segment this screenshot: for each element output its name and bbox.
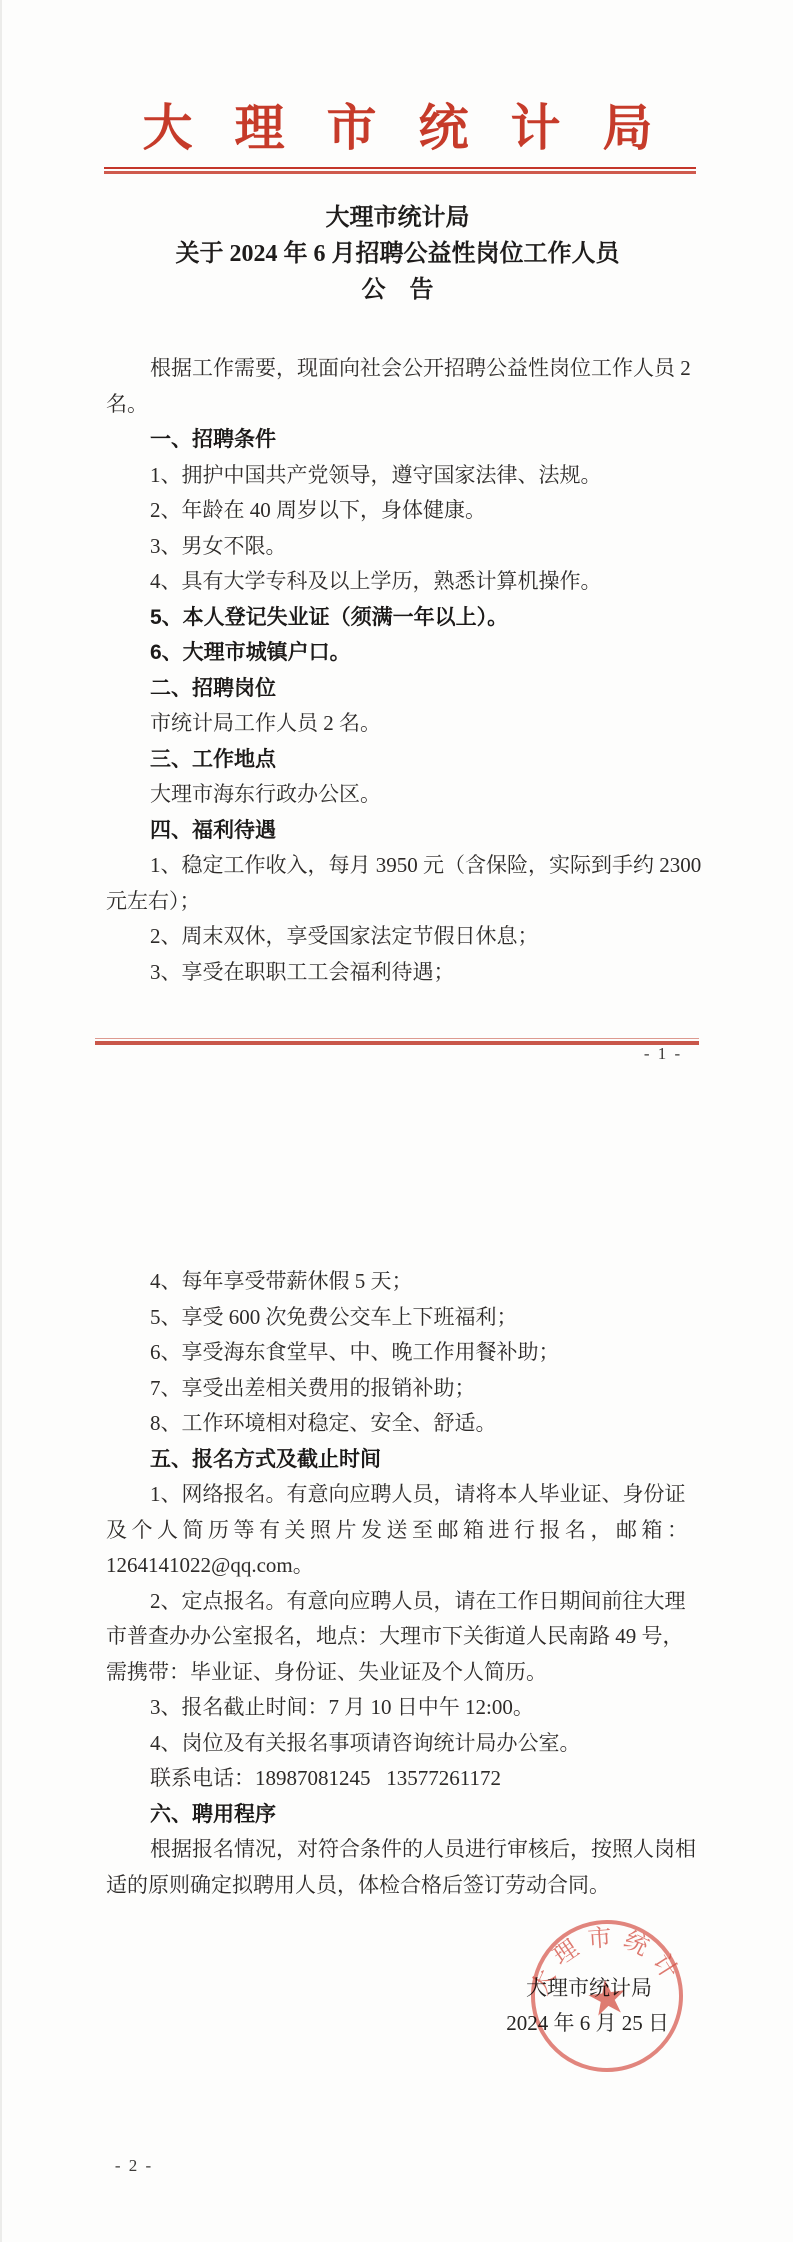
- body-line: 3、享受在职职工工会福利待遇；: [106, 955, 706, 991]
- body-line: 4、具有大学专科及以上学历，熟悉计算机操作。: [106, 564, 706, 600]
- scanned-document-page: 大理市统计局 大理市统计局 关于 2024 年 6 月招聘公益性岗位工作人员 公…: [0, 0, 793, 2242]
- document-title-line2: 关于 2024 年 6 月招聘公益性岗位工作人员: [2, 236, 793, 272]
- section-heading: 一、招聘条件: [106, 422, 706, 458]
- body-line: 3、男女不限。: [106, 529, 706, 565]
- official-seal: ★ 大理市统计局: [519, 1914, 695, 2080]
- body-line: 6、享受海东食堂早、中、晚工作用餐补助；: [106, 1335, 706, 1371]
- page2-body: 4、每年享受带薪休假 5 天； 5、享受 600 次免费公交车上下班福利； 6、…: [106, 1264, 706, 1903]
- body-line: 市普查办办公室报名，地点：大理市下关街道人民南路 49 号，: [106, 1619, 706, 1655]
- body-line-bold: 6、大理市城镇户口。: [106, 635, 706, 671]
- letterhead-title: 大理市统计局: [2, 88, 793, 160]
- page-divider-rule-thin: [95, 1038, 699, 1039]
- body-line: 7、享受出差相关费用的报销补助；: [106, 1371, 706, 1407]
- body-line: 元左右）；: [106, 884, 706, 920]
- body-line: 1、稳定工作收入，每月 3950 元（含保险，实际到手约 2300: [106, 848, 706, 884]
- body-line: 4、每年享受带薪休假 5 天；: [106, 1264, 706, 1300]
- letterhead-rule-lower: [104, 171, 696, 174]
- seal-star-icon: ★: [582, 1969, 632, 2027]
- section-heading: 五、报名方式及截止时间: [106, 1442, 706, 1478]
- body-line: 3、报名截止时间：7 月 10 日中午 12:00。: [106, 1690, 706, 1726]
- body-line: 名。: [106, 387, 706, 423]
- body-line: 市统计局工作人员 2 名。: [106, 706, 706, 742]
- page1-body: 根据工作需要，现面向社会公开招聘公益性岗位工作人员 2 名。 一、招聘条件 1、…: [106, 351, 706, 990]
- body-line: 根据报名情况，对符合条件的人员进行审核后，按照人岗相: [106, 1832, 706, 1868]
- document-title-line1: 大理市统计局: [2, 200, 793, 236]
- body-line: 2、周末双休，享受国家法定节假日休息；: [106, 919, 706, 955]
- page-number-2: - 2 -: [102, 2156, 166, 2176]
- body-line: 8、工作环境相对稳定、安全、舒适。: [106, 1406, 706, 1442]
- section-heading: 二、招聘岗位: [106, 671, 706, 707]
- body-line: 大理市海东行政办公区。: [106, 777, 706, 813]
- page-divider-rule-thick: [95, 1041, 699, 1045]
- body-line: 及个人简历等有关照片发送至邮箱进行报名，邮箱：: [106, 1513, 706, 1549]
- section-heading: 三、工作地点: [106, 742, 706, 778]
- document-title: 大理市统计局 关于 2024 年 6 月招聘公益性岗位工作人员 公 告: [2, 200, 793, 308]
- body-line: 2、定点报名。有意向应聘人员，请在工作日期间前往大理: [106, 1584, 706, 1620]
- letterhead-rule-upper: [104, 167, 696, 169]
- body-line: 5、享受 600 次免费公交车上下班福利；: [106, 1300, 706, 1336]
- body-line: 2、年龄在 40 周岁以下，身体健康。: [106, 493, 706, 529]
- document-title-line3: 公 告: [2, 272, 793, 308]
- contact-phone: 联系电话：18987081245 13577261172: [106, 1761, 706, 1797]
- body-line: 适的原则确定拟聘用人员，体检合格后签订劳动合同。: [106, 1868, 706, 1904]
- section-heading: 六、聘用程序: [106, 1797, 706, 1833]
- body-line: 4、岗位及有关报名事项请咨询统计局办公室。: [106, 1726, 706, 1762]
- page-number-1: - 1 -: [628, 1044, 698, 1064]
- body-line: 根据工作需要，现面向社会公开招聘公益性岗位工作人员 2: [106, 351, 706, 387]
- section-heading: 四、福利待遇: [106, 813, 706, 849]
- body-line-bold: 5、本人登记失业证（须满一年以上）。: [106, 600, 706, 636]
- body-line: 1、拥护中国共产党领导，遵守国家法律、法规。: [106, 458, 706, 494]
- body-line: 1、网络报名。有意向应聘人员，请将本人毕业证、身份证: [106, 1477, 706, 1513]
- email-address: 1264141022@qq.com。: [106, 1548, 706, 1584]
- body-line: 需携带：毕业证、身份证、失业证及个人简历。: [106, 1655, 706, 1691]
